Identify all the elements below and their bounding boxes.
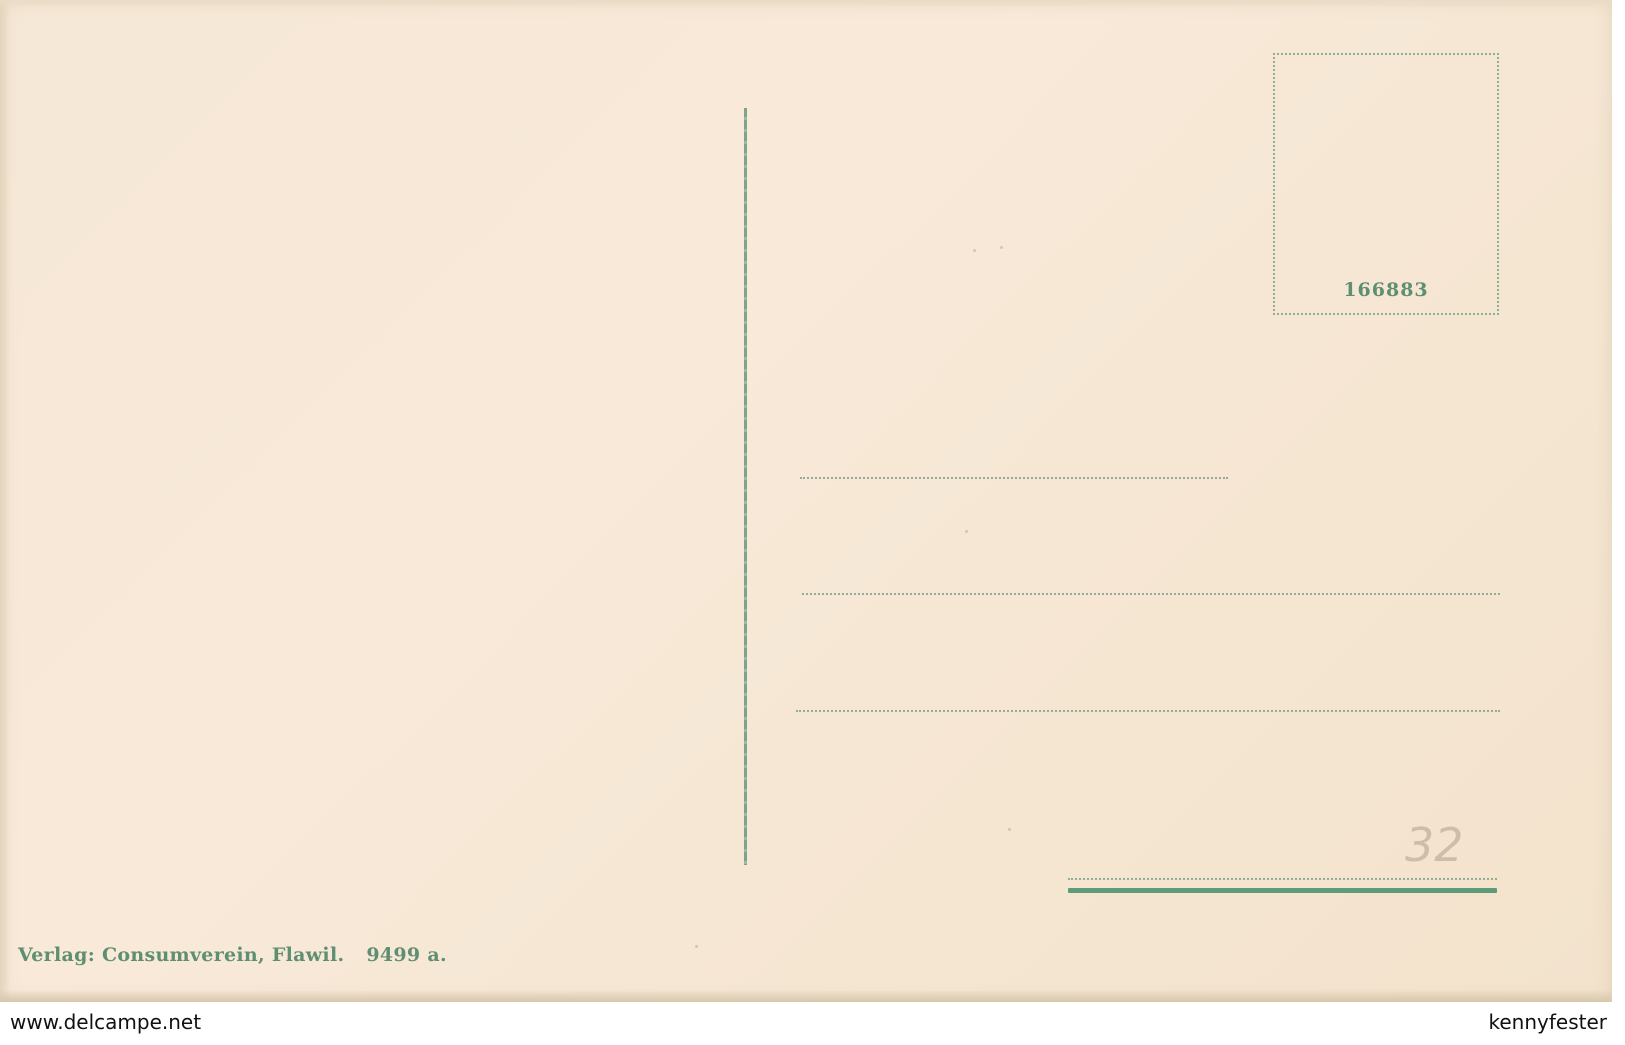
pencil-price-mark: 32 <box>1405 818 1464 872</box>
card-edge-left <box>0 0 10 1002</box>
paper-speck <box>1008 828 1011 831</box>
site-watermark: www.delcampe.net <box>10 1010 201 1034</box>
message-address-divider <box>744 108 747 865</box>
card-edge-top <box>0 0 1612 8</box>
paper-speck <box>695 945 698 948</box>
card-edge-bottom <box>0 990 1612 1002</box>
stamp-box: 166883 <box>1273 53 1499 315</box>
paper-speck <box>965 530 968 533</box>
postcard-back: 166883 32 Verlag: Consumverein, Flawil.9… <box>0 0 1612 1002</box>
seller-watermark: kennyfester <box>1489 1010 1608 1034</box>
stamp-box-number: 166883 <box>1275 279 1497 301</box>
watermark-footer: www.delcampe.net kennyfester <box>0 1002 1625 1045</box>
address-line-1 <box>800 477 1228 479</box>
address-line-4-underline <box>1068 888 1497 893</box>
paper-speck <box>973 249 976 252</box>
paper-speck <box>1000 246 1003 249</box>
address-line-4 <box>1068 878 1497 880</box>
address-line-2 <box>802 593 1500 595</box>
publisher-imprint: Verlag: Consumverein, Flawil.9499 a. <box>18 944 447 966</box>
address-line-3 <box>796 710 1500 712</box>
publisher-text: Verlag: Consumverein, Flawil. <box>18 944 344 966</box>
publisher-code: 9499 a. <box>366 944 447 966</box>
